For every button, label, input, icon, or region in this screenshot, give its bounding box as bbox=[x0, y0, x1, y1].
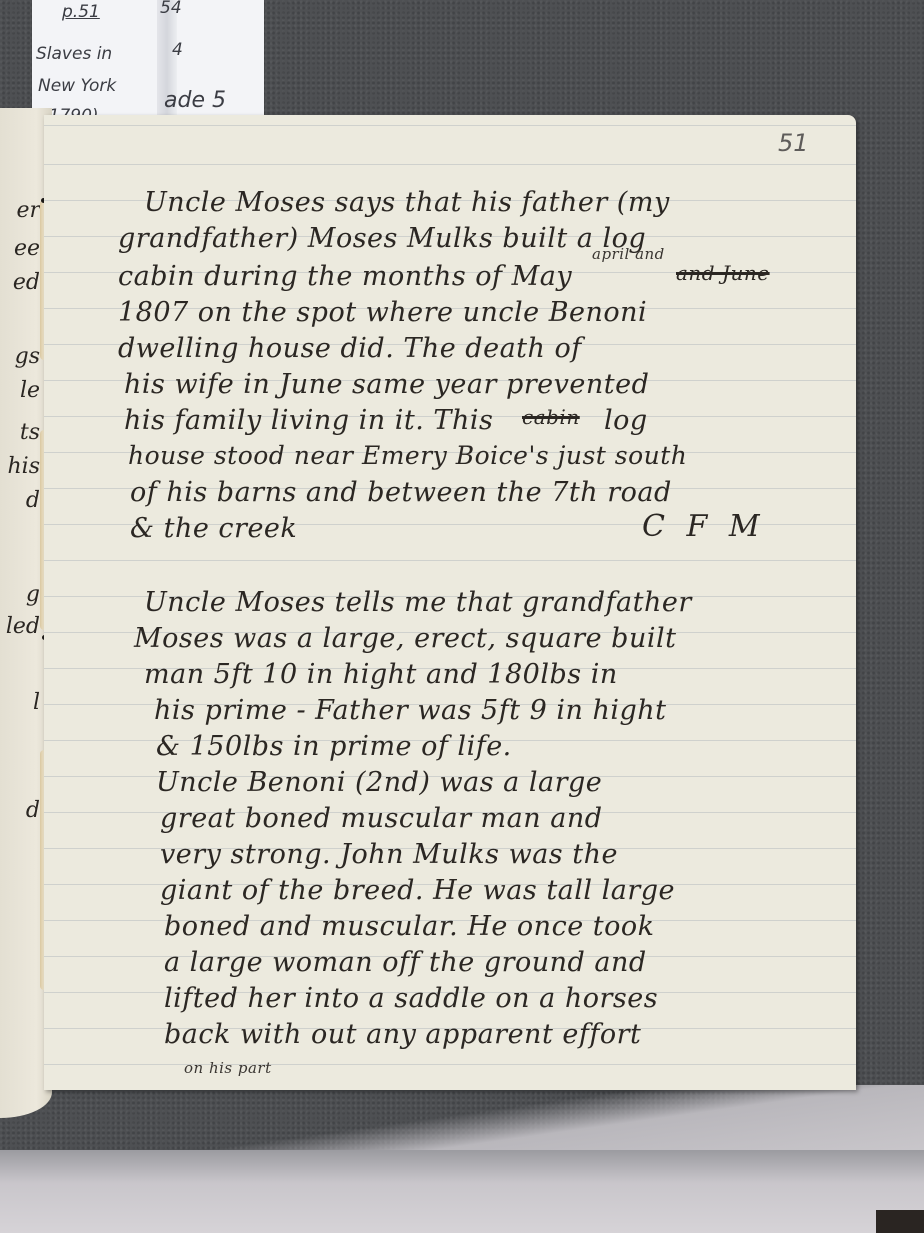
index-slip: p.51 54 Slaves in 4 New York (1790) ade … bbox=[32, 0, 264, 132]
text-line: giant of the breed. He was tall large bbox=[160, 875, 675, 906]
text-line: grandfather) Moses Mulks built a log bbox=[118, 223, 646, 254]
text-line: of his barns and between the 7th road bbox=[130, 477, 672, 508]
text-line: house stood near Emery Boice's just sout… bbox=[128, 441, 687, 470]
text-line: & the creek bbox=[130, 513, 297, 544]
page-fragment: l bbox=[0, 690, 40, 715]
page-fragment: his bbox=[0, 454, 40, 479]
text-line: & 150lbs in prime of life. bbox=[156, 731, 512, 762]
text-line: his prime - Father was 5ft 9 in hight bbox=[154, 695, 667, 726]
page-fragment: le bbox=[0, 378, 40, 403]
trailing-note: on his part bbox=[184, 1059, 272, 1077]
slip-label: Slaves in bbox=[36, 46, 112, 63]
page-fragment: ee bbox=[0, 236, 40, 261]
text-line: his wife in June same year prevented bbox=[124, 369, 649, 400]
text-line: a large woman off the ground and bbox=[164, 947, 647, 978]
signature: C F M bbox=[642, 509, 766, 544]
slip-value: ade 5 bbox=[164, 90, 226, 112]
struck-text: cabin bbox=[522, 405, 580, 429]
text-line: 1807 on the spot where uncle Benoni bbox=[118, 297, 647, 328]
text-line: Uncle Moses tells me that grandfather bbox=[144, 587, 692, 618]
text-line: cabin during the months of May bbox=[118, 261, 572, 292]
page-fragment: g bbox=[0, 582, 40, 607]
page-fragment: er bbox=[0, 198, 40, 223]
text-line: his family living in it. This bbox=[124, 405, 493, 436]
text-line: Moses was a large, erect, square built bbox=[134, 623, 676, 654]
corner-object bbox=[876, 1210, 924, 1233]
struck-text: and June bbox=[676, 261, 770, 285]
inserted-text: log bbox=[604, 405, 648, 436]
page-fragment: led bbox=[0, 614, 40, 639]
text-line: great boned muscular man and bbox=[160, 803, 603, 834]
slip-label: New York bbox=[38, 78, 116, 95]
text-line: very strong. John Mulks was the bbox=[160, 839, 618, 870]
slip-page-ref: p.51 bbox=[62, 4, 100, 21]
slip-value: 54 bbox=[160, 0, 182, 17]
page-fragment: d bbox=[0, 488, 40, 513]
text-line: Uncle Benoni (2nd) was a large bbox=[156, 767, 602, 798]
insertion-text: april and bbox=[592, 245, 665, 263]
notebook-page: 51 Uncle Moses says that his father (my … bbox=[44, 115, 856, 1090]
slip-value: 4 bbox=[172, 42, 183, 59]
page-number: 51 bbox=[778, 129, 809, 157]
text-line: boned and muscular. He once took bbox=[164, 911, 654, 942]
text-line: man 5ft 10 in hight and 180lbs in bbox=[144, 659, 618, 690]
page-fragment: gs bbox=[0, 344, 40, 369]
table-surface bbox=[0, 1150, 924, 1233]
page-fragment: ts bbox=[0, 420, 40, 445]
page-fragment: d bbox=[0, 798, 40, 823]
text-line: back with out any apparent effort bbox=[164, 1019, 641, 1050]
text-line: Uncle Moses says that his father (my bbox=[144, 187, 670, 218]
text-line: lifted her into a saddle on a horses bbox=[164, 983, 658, 1014]
page-fragment: ed bbox=[0, 270, 40, 295]
text-line: dwelling house did. The death of bbox=[118, 333, 582, 364]
